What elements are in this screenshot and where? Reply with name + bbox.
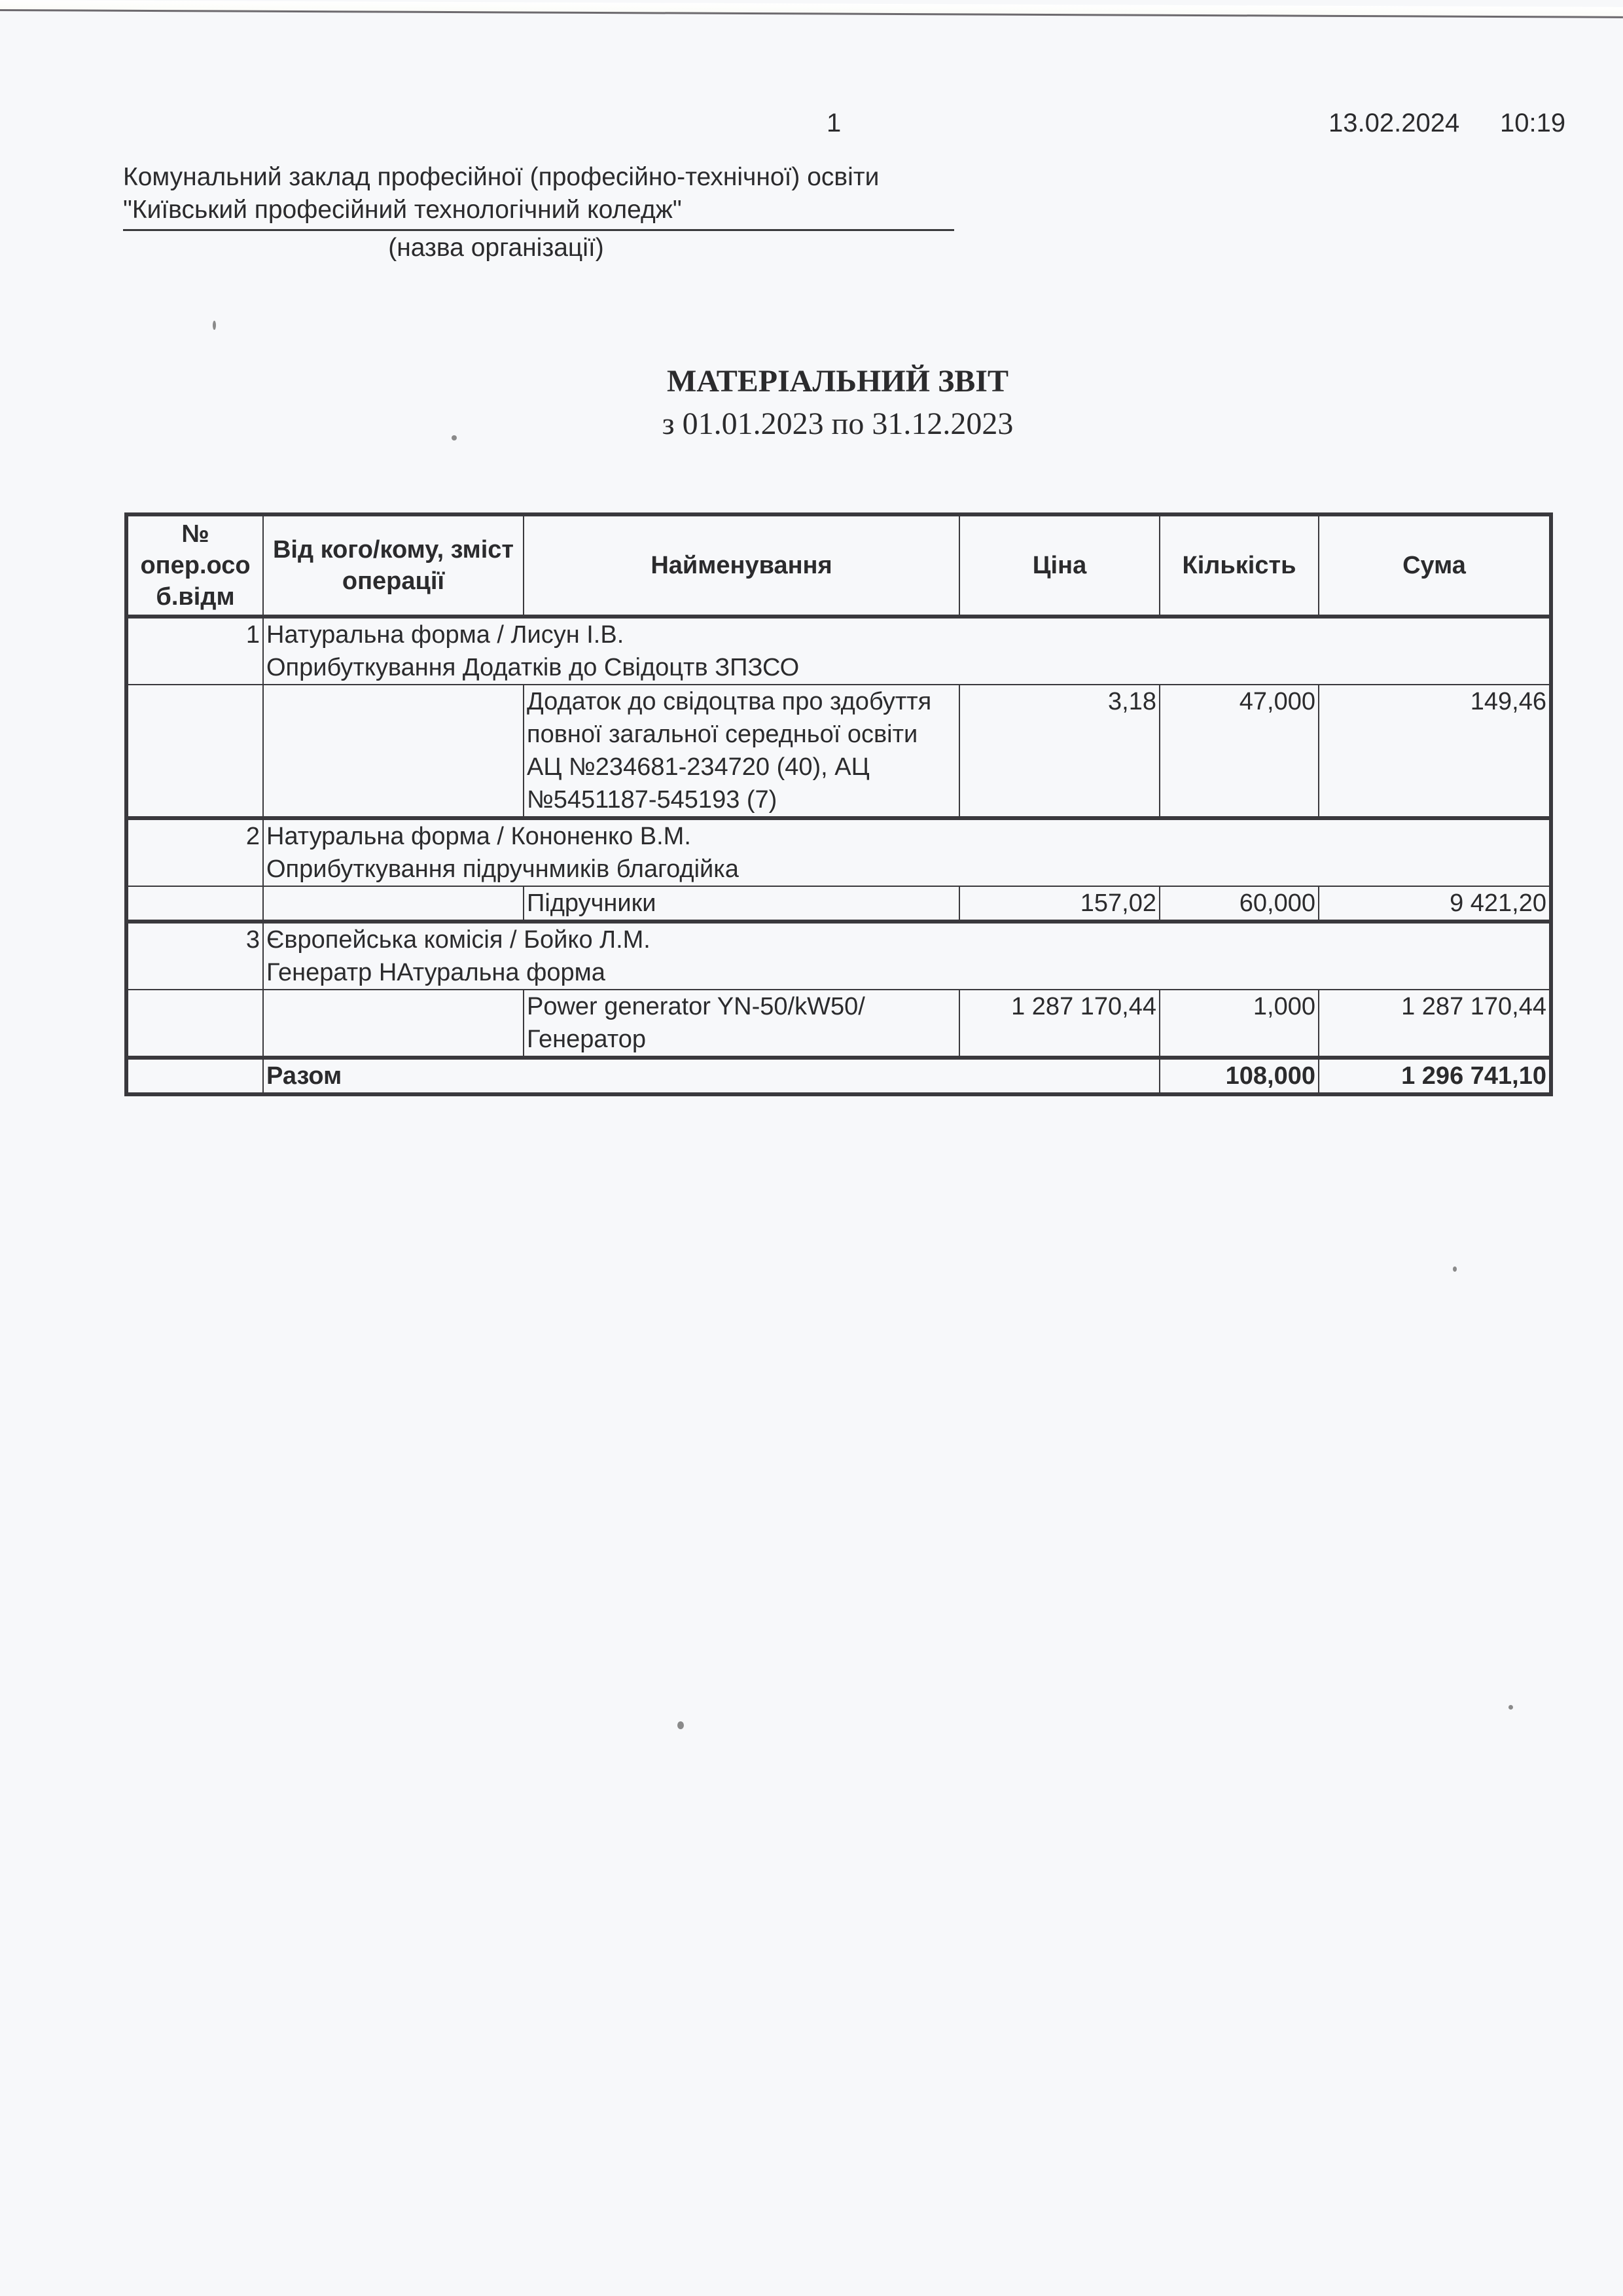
operation-row: 2 Натуральна форма / Кононенко В.М. Опри…: [126, 818, 1551, 886]
operation-description: Європейська комісія / Бойко Л.М. Генерат…: [263, 922, 1551, 990]
item-price: 157,02: [959, 886, 1160, 922]
material-report-table: № опер.осо б.відм Від кого/кому, зміст о…: [124, 512, 1553, 1096]
organization-caption: (назва організації): [38, 231, 954, 265]
column-header-price: Ціна: [959, 514, 1160, 617]
column-header-sum: Сума: [1319, 514, 1551, 617]
operation-content: Оприбуткування підручнмиків благодійка: [266, 853, 1546, 886]
page-number: 1: [827, 109, 841, 138]
organization-name-line2: "Київський професійний технологічний кол…: [123, 194, 954, 226]
scan-speck: [677, 1721, 684, 1729]
operation-counterparty: Натуральна форма / Кононенко В.М.: [266, 820, 1546, 853]
operation-description: Натуральна форма / Лисун І.В. Оприбуткув…: [263, 617, 1551, 685]
operation-counterparty: Європейська комісія / Бойко Л.М.: [266, 924, 1546, 956]
operation-row: 1 Натуральна форма / Лисун І.В. Оприбутк…: [126, 617, 1551, 685]
operation-content: Генератр НАтуральна форма: [266, 956, 1546, 989]
total-label: Разом: [263, 1058, 1160, 1094]
total-sum: 1 296 741,10: [1319, 1058, 1551, 1094]
column-header-qty: Кількість: [1160, 514, 1319, 617]
total-qty: 108,000: [1160, 1058, 1319, 1094]
item-row: Додаток до свідоцтва про здобуття повної…: [126, 685, 1551, 818]
item-sum: 149,46: [1319, 685, 1551, 818]
item-row: Підручники 157,02 60,000 9 421,20: [126, 886, 1551, 922]
organization-name-line1: Комунальний заклад професійної (професій…: [123, 161, 954, 194]
total-row: Разом 108,000 1 296 741,10: [126, 1058, 1551, 1094]
scan-speck: [213, 321, 216, 330]
column-header-from-to: Від кого/кому, зміст операції: [263, 514, 524, 617]
print-date: 13.02.2024: [1329, 109, 1459, 138]
item-price: 3,18: [959, 685, 1160, 818]
item-sum: 9 421,20: [1319, 886, 1551, 922]
item-name: Підручники: [524, 886, 959, 922]
column-header-op-no: № опер.осо б.відм: [126, 514, 263, 617]
item-price: 1 287 170,44: [959, 990, 1160, 1058]
scan-speck: [452, 435, 457, 440]
print-time: 10:19: [1500, 109, 1565, 138]
operation-number: 2: [126, 818, 263, 886]
operation-content: Оприбуткування Додатків до Свідоцтв ЗПЗС…: [266, 651, 1546, 684]
table-header-row: № опер.осо б.відм Від кого/кому, зміст о…: [126, 514, 1551, 617]
report-title: МАТЕРІАЛЬНИЙ ЗВІТ: [26, 363, 1623, 399]
item-row: Power generator YN-50/kW50/Генератор 1 2…: [126, 990, 1551, 1058]
scan-speck: [1508, 1705, 1513, 1710]
item-name: Power generator YN-50/kW50/Генератор: [524, 990, 959, 1058]
item-name: Додаток до свідоцтва про здобуття повної…: [524, 685, 959, 818]
item-qty: 47,000: [1160, 685, 1319, 818]
column-header-name: Найменування: [524, 514, 959, 617]
report-period: з 01.01.2023 по 31.12.2023: [26, 406, 1623, 442]
organization-block: Комунальний заклад професійної (професій…: [123, 161, 954, 265]
operation-counterparty: Натуральна форма / Лисун І.В.: [266, 619, 1546, 651]
operation-number: 3: [126, 922, 263, 990]
scan-top-edge: [0, 0, 1623, 18]
scan-speck: [1453, 1266, 1457, 1272]
operation-number: 1: [126, 617, 263, 685]
item-qty: 60,000: [1160, 886, 1319, 922]
operation-row: 3 Європейська комісія / Бойко Л.М. Генер…: [126, 922, 1551, 990]
item-qty: 1,000: [1160, 990, 1319, 1058]
item-sum: 1 287 170,44: [1319, 990, 1551, 1058]
operation-description: Натуральна форма / Кононенко В.М. Оприбу…: [263, 818, 1551, 886]
